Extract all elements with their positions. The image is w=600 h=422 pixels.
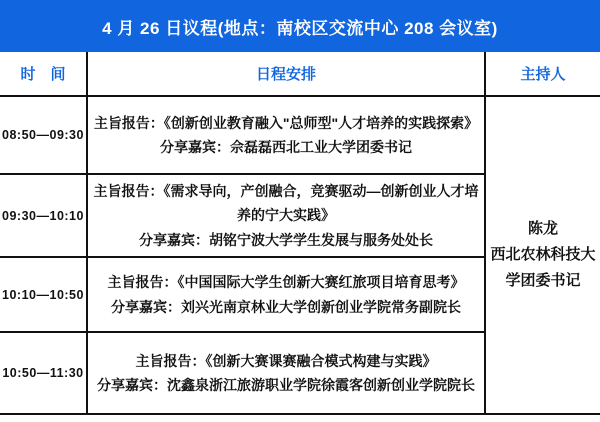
agenda-title-bar: 4 月 26 日议程(地点：南校区交流中心 208 会议室) (0, 0, 600, 52)
guest-line: 分享嘉宾：沈鑫泉浙江旅游职业学院徐霞客创新创业学院院长 (97, 373, 475, 398)
agenda-title: 4 月 26 日议程(地点：南校区交流中心 208 会议室) (102, 14, 498, 39)
host-name: 陈龙 (528, 216, 558, 242)
time-value: 10:10—10:50 (2, 288, 84, 302)
report-line: 主旨报告：《中国国际大学生创新大赛红旅项目培育思考》 (108, 270, 465, 295)
header-host: 主持人 (486, 52, 600, 97)
header-schedule-label: 日程安排 (256, 63, 316, 84)
report-line: 主旨报告：《需求导向，产创融合，竞赛驱动—创新创业人才培养的宁大实践》 (92, 179, 480, 228)
time-cell-row-2: 09:30—10:10 (0, 175, 88, 258)
header-host-label: 主持人 (520, 63, 565, 84)
host-cell: 陈龙 西北农林科技大学团委书记 (486, 97, 600, 415)
header-time: 时 间 (0, 52, 88, 97)
time-cell-row-4: 10:50—11:30 (0, 333, 88, 415)
time-value: 08:50—09:30 (2, 128, 84, 142)
header-schedule: 日程安排 (88, 52, 486, 97)
header-time-label: 时 间 (20, 63, 65, 84)
agenda-table: 时 间 日程安排 主持人 陈龙 西北农林科技大学团委书记 08:50—09:30… (0, 52, 600, 415)
report-line: 主旨报告：《创新创业教育融入"总师型"人才培养的实践探索》 (94, 111, 478, 136)
time-value: 09:30—10:10 (2, 209, 84, 223)
time-value: 10:50—11:30 (2, 366, 83, 380)
guest-line: 分享嘉宾：胡铭宁波大学学生发展与服务处处长 (139, 228, 433, 253)
schedule-cell-row-2: 主旨报告：《需求导向，产创融合，竞赛驱动—创新创业人才培养的宁大实践》 分享嘉宾… (88, 175, 486, 258)
schedule-cell-row-1: 主旨报告：《创新创业教育融入"总师型"人才培养的实践探索》 分享嘉宾：佘磊磊西北… (88, 97, 486, 175)
guest-line: 分享嘉宾：刘兴光南京林业大学创新创业学院常务副院长 (111, 295, 461, 320)
agenda-page: 4 月 26 日议程(地点：南校区交流中心 208 会议室) 时 间 日程安排 … (0, 0, 600, 422)
guest-line: 分享嘉宾：佘磊磊西北工业大学团委书记 (160, 135, 412, 160)
schedule-cell-row-3: 主旨报告：《中国国际大学生创新大赛红旅项目培育思考》 分享嘉宾：刘兴光南京林业大… (88, 258, 486, 333)
schedule-cell-row-4: 主旨报告：《创新大赛课赛融合模式构建与实践》 分享嘉宾：沈鑫泉浙江旅游职业学院徐… (88, 333, 486, 415)
time-cell-row-3: 10:10—10:50 (0, 258, 88, 333)
host-affiliation: 西北农林科技大学团委书记 (490, 242, 596, 295)
time-cell-row-1: 08:50—09:30 (0, 97, 88, 175)
report-line: 主旨报告：《创新大赛课赛融合模式构建与实践》 (136, 349, 437, 374)
